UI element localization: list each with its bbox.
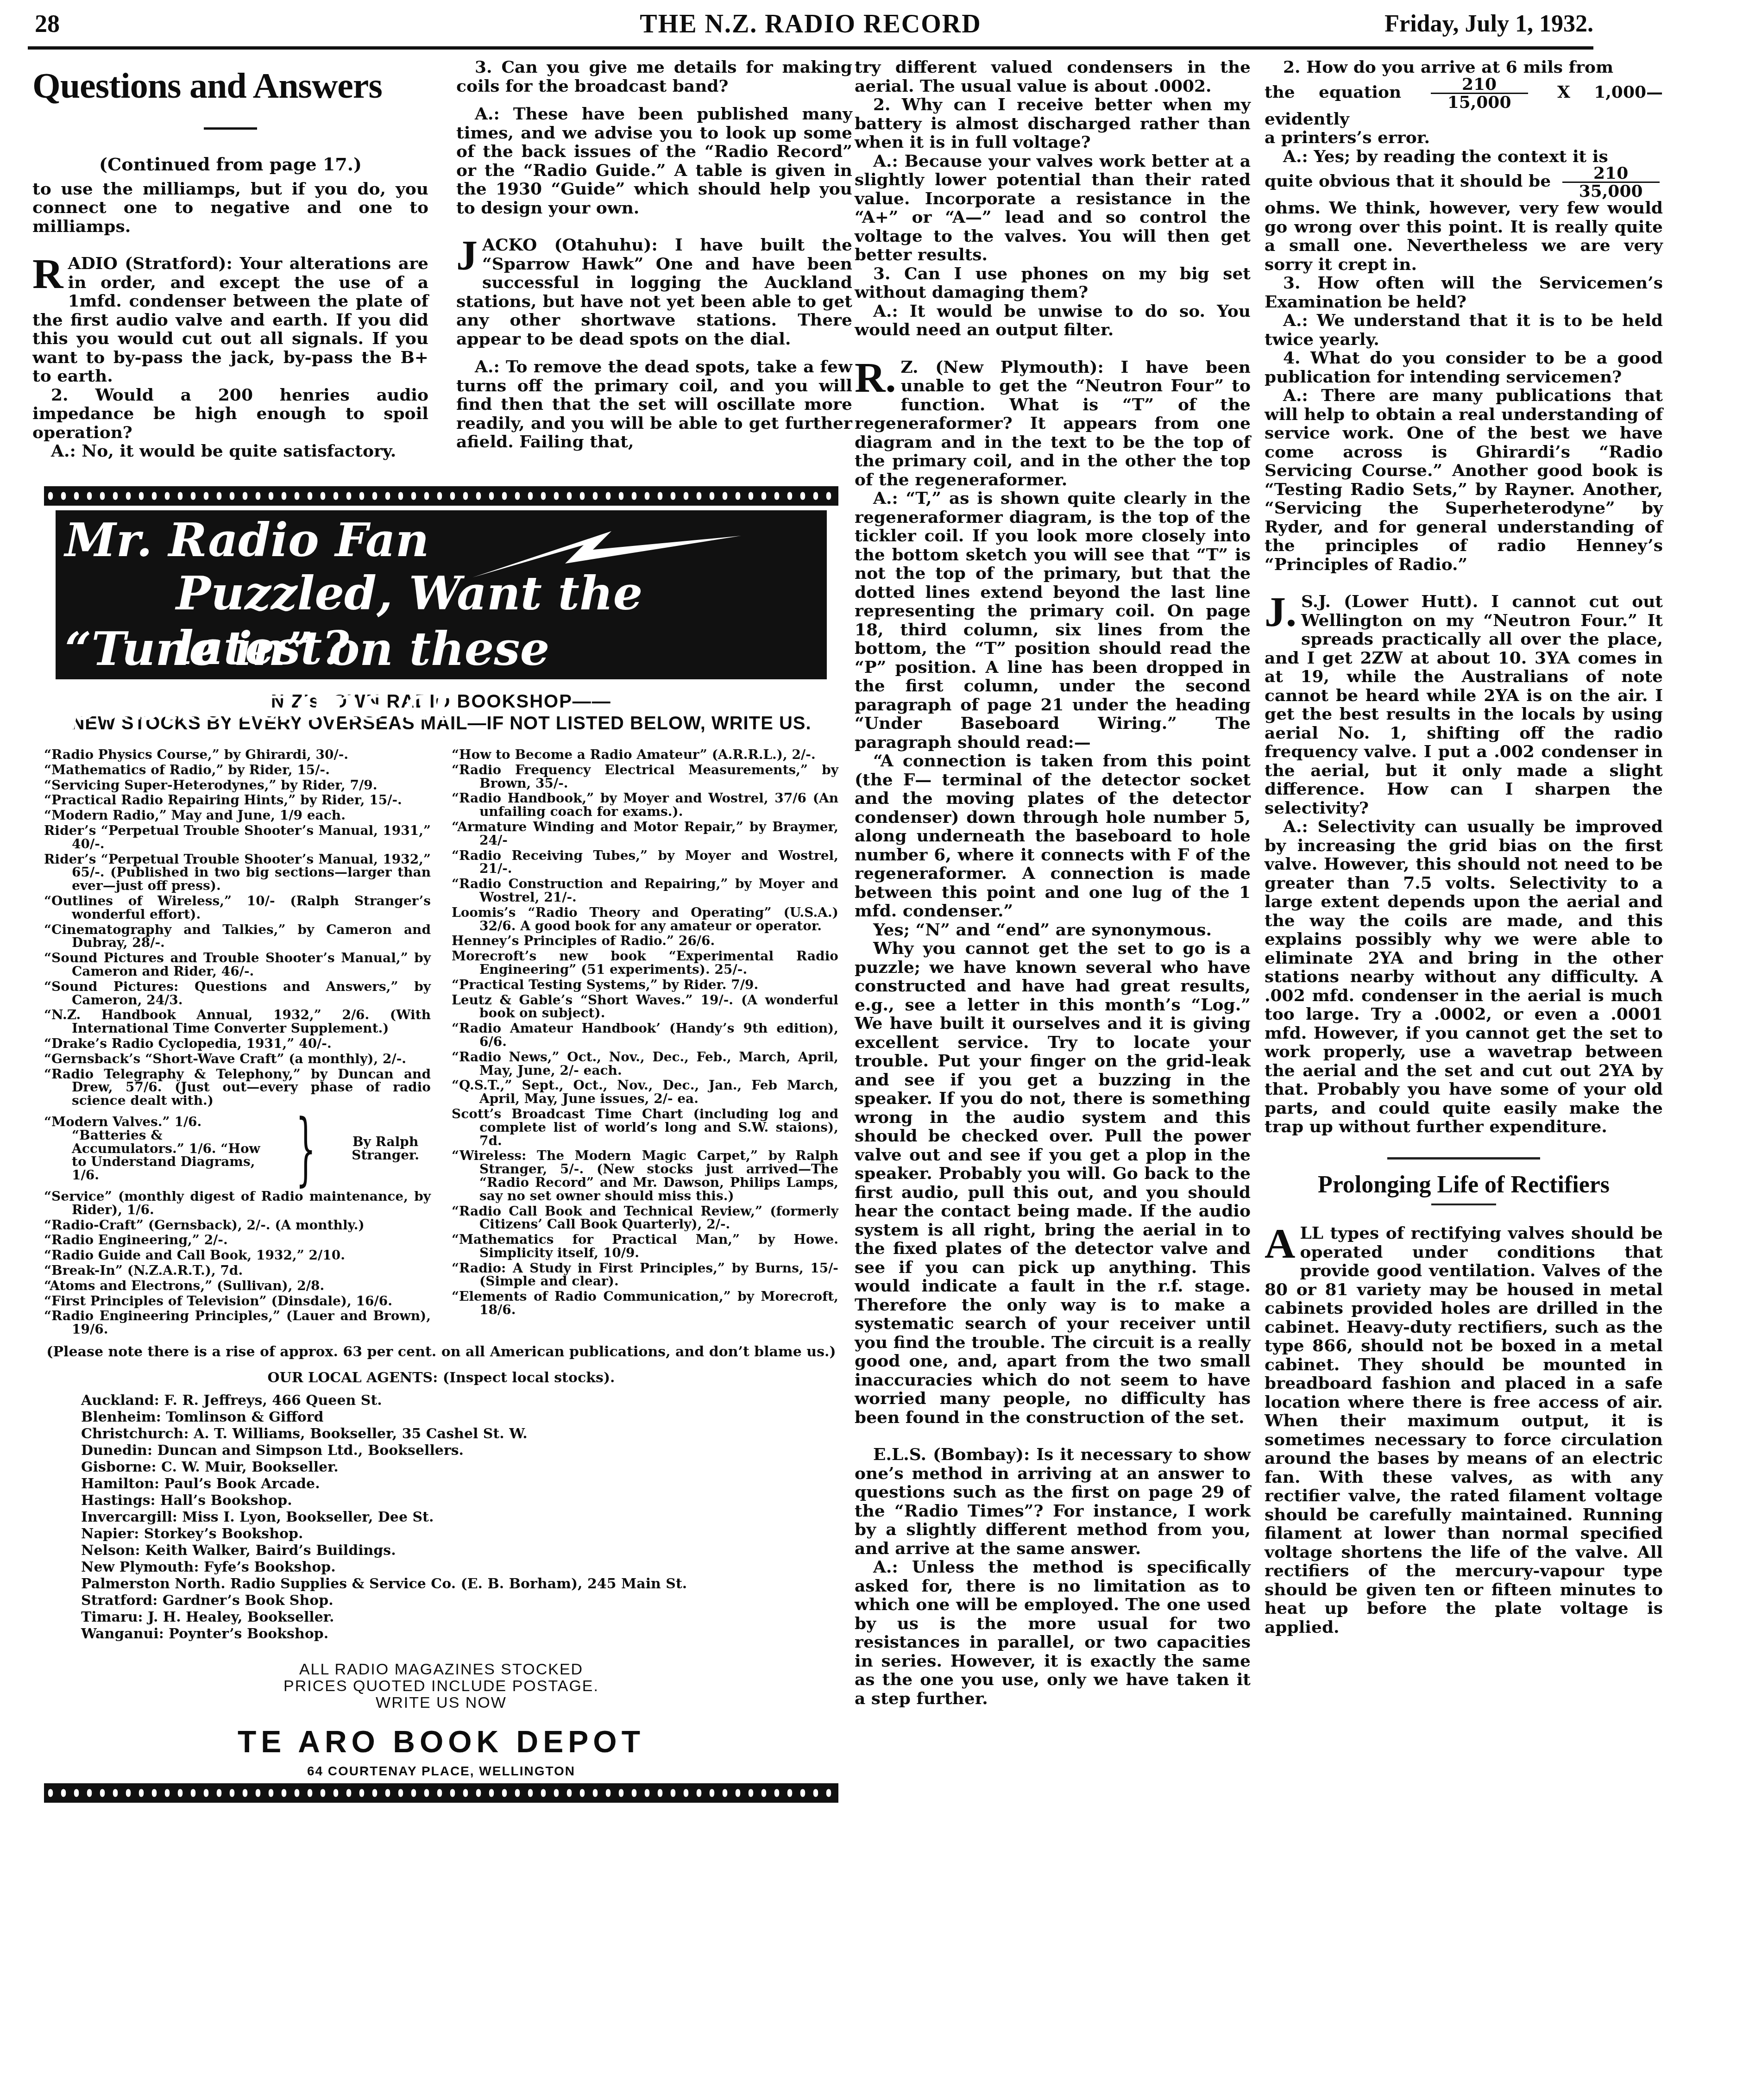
section-title: Prolonging Life of Rectifiers — [1265, 1176, 1663, 1195]
question-text: 3. Can you give me details for making co… — [456, 58, 852, 95]
book-item: “Cinematography and Talkies,” by Cameron… — [44, 923, 431, 950]
answer-text: Yes; “N” and “end” are synonymous. — [855, 921, 1251, 940]
fraction: 210 15,000 — [1431, 77, 1528, 110]
question-text: 2. How do you arrive at 6 mils from — [1265, 58, 1663, 77]
book-item: “Outlines of Wireless,” 10/- (Ralph Stra… — [44, 895, 431, 921]
question-text: 3. How often will the Servicemen’s Exami… — [1265, 274, 1663, 311]
book-item: “Radio Call Book and Technical Review,” … — [452, 1205, 838, 1232]
book-item: “Radio Handbook,” by Moyer and Wostrel, … — [452, 792, 838, 819]
book-item: “Wireless: The Modern Magic Carpet,” by … — [452, 1149, 838, 1203]
book-item: “Service” (monthly digest of Radio maint… — [44, 1190, 431, 1217]
answer-text: A.: No, it would be quite satisfactory. — [32, 442, 428, 461]
drop-cap: J. — [1265, 593, 1296, 630]
header-rule — [28, 46, 1593, 50]
book-item: “Radio Engineering Principles,” (Lauer a… — [44, 1310, 431, 1336]
book-author: By Ralph Stranger. — [340, 1135, 431, 1162]
decorative-border-bottom — [44, 1783, 838, 1803]
drop-cap: A — [1265, 1225, 1295, 1262]
book-item: “How to Become a Radio Amateur” (A.R.R.L… — [452, 748, 838, 762]
book-item: “Drake’s Radio Cyclopedia, 1931,” 40/-. — [44, 1037, 431, 1051]
question-radio-stratford: RADIO (Stratford): Your alterations are … — [32, 254, 428, 386]
book-item: “Break-In” (N.Z.A.R.T.), 7d. — [44, 1264, 431, 1278]
answer-text: A.: It would be unwise to do so. You wou… — [855, 302, 1251, 339]
quoted-paragraph: “A connection is taken from this point (… — [855, 752, 1251, 921]
page-header: 28 THE N.Z. RADIO RECORD Friday, July 1,… — [28, 9, 1593, 44]
book-item: “Gernsback’s “Short-Wave Craft” (a month… — [44, 1053, 431, 1066]
agent-item: New Plymouth: Fyfe’s Bookshop. — [81, 1559, 838, 1576]
book-item: Henney’s Principles of Radio.” 26/6. — [452, 934, 838, 948]
answer-text: try different valued condensers in the a… — [855, 58, 1251, 95]
book-item: Loomis’s “Radio Theory and Operating” (U… — [452, 906, 838, 933]
question-jacko: JACKO (Otahuhu): I have built the “Sparr… — [456, 236, 852, 348]
section-title-rule — [1431, 1204, 1496, 1205]
fraction: 210 35,000 — [1562, 166, 1660, 199]
ad-banner: Mr. Radio Fan Puzzled, Want the latest? … — [56, 510, 827, 679]
agent-item: Blenheim: Tomlinson & Gifford — [81, 1409, 838, 1426]
banner-line-1: Mr. Radio Fan — [65, 513, 429, 567]
drop-cap: R — [32, 255, 63, 292]
price-note: (Please note there is a rise of approx. … — [44, 1345, 838, 1360]
answer-text: A.: Unless the method is specifically as… — [855, 1558, 1251, 1708]
book-item: “Mathematics of Radio,” by Rider, 15/-. — [44, 764, 431, 777]
book-item: “Modern Valves.” 1/6. “Batteries & Accum… — [44, 1116, 267, 1182]
book-item: “Q.S.T.,” Sept., Oct., Nov., Dec., Jan.,… — [452, 1079, 838, 1106]
book-item: “Modern Radio,” May and June, 1/9 each. — [44, 809, 431, 822]
answer-text: A.: To remove the dead spots, take a few… — [456, 357, 852, 451]
agent-item: Christchurch: A. T. Williams, Bookseller… — [81, 1426, 838, 1442]
book-item: “Radio: A Study in First Principles,” by… — [452, 1262, 838, 1289]
answer-text: Why you cannot get the set to go is a pu… — [855, 939, 1251, 1427]
agent-item: Invercargill: Miss I. Lyon, Bookseller, … — [81, 1509, 838, 1526]
book-item: “Radio Amateur Handbook’ (Handy’s 9th ed… — [452, 1022, 838, 1049]
agent-item: Stratford: Gardner’s Book Shop. — [81, 1592, 838, 1609]
question-els-bombay: E.L.S. (Bombay): Is it necessary to show… — [855, 1445, 1251, 1558]
question-jsj-lower-hutt: J.S.J. (Lower Hutt). I cannot cut out We… — [1265, 592, 1663, 817]
agent-item: Wanganui: Poynter’s Bookshop. — [81, 1626, 838, 1642]
agent-item: Dunedin: Duncan and Simpson Ltd., Bookse… — [81, 1442, 838, 1459]
title-rule — [204, 127, 257, 130]
continued-note: (Continued from page 17.) — [32, 155, 428, 174]
question-text: 3. Can I use phones on my big set withou… — [855, 264, 1251, 302]
book-item: “Elements of Radio Communication,” by Mo… — [452, 1290, 838, 1317]
ad-footer: ALL RADIO MAGAZINES STOCKED PRICES QUOTE… — [44, 1661, 838, 1711]
agent-item: Palmerston North. Radio Supplies & Servi… — [81, 1576, 838, 1592]
book-item: “Servicing Super-Heterodynes,” by Rider,… — [44, 779, 431, 792]
rectifiers-article: ALL types of rectifying valves should be… — [1265, 1224, 1663, 1636]
equation-line: quite obvious that it should be 210 35,0… — [1265, 166, 1663, 199]
agent-item: Gisborne: C. W. Muir, Bookseller. — [81, 1459, 838, 1476]
answer-text: A.: Yes; by reading the context it is — [1265, 147, 1663, 166]
book-item: “N.Z. Handbook Annual, 1932,” 2/6. (With… — [44, 1009, 431, 1035]
decorative-border-top — [44, 486, 838, 506]
answer-text: ohms. We think, however, very few would … — [1265, 199, 1663, 274]
book-item: “First Principles of Television” (Dinsda… — [44, 1295, 431, 1308]
drop-cap: R. — [855, 359, 896, 396]
question-text: a printers’s error. — [1265, 128, 1663, 147]
answer-text: A.: There are many publications that wil… — [1265, 386, 1663, 574]
depot-address: 64 COURTENAY PLACE, WELLINGTON — [44, 1764, 838, 1779]
column-3: try different valued condensers in the a… — [855, 58, 1251, 1708]
book-item: “Radio-Craft” (Gernsback), 2/-. (A month… — [44, 1219, 431, 1232]
agent-item: Hastings: Hall’s Bookshop. — [81, 1492, 838, 1509]
answer-text: A.: Selectivity can usually be improved … — [1265, 817, 1663, 1136]
agent-item: Nelson: Keith Walker, Baird’s Buildings. — [81, 1542, 838, 1559]
book-item: “Sound Pictures: Questions and Answers,”… — [44, 980, 431, 1007]
question-text: 2. Why can I receive better when my batt… — [855, 95, 1251, 152]
brace-icon: } — [296, 1110, 315, 1188]
question-text: 4. What do you consider to be a good pub… — [1265, 349, 1663, 386]
answer-text: A.: These have been published many times… — [456, 105, 852, 217]
banner-line-3: “Tune in” on these publications at — [65, 621, 827, 731]
book-item: “Practical Testing Systems,” by Rider. 7… — [452, 978, 838, 992]
equation-line: the equation 210 15,000 X 1,000—evidentl… — [1265, 77, 1663, 129]
book-list-right: “How to Become a Radio Amateur” (A.R.R.L… — [452, 748, 838, 1338]
book-item: “Radio Receiving Tubes,” by Moyer and Wo… — [452, 849, 838, 876]
answer-text: A.: Because your valves work better at a… — [855, 152, 1251, 264]
drop-cap: J — [456, 237, 478, 274]
bookshop-advertisement: Mr. Radio Fan Puzzled, Want the latest? … — [44, 486, 838, 1973]
ralph-stranger-group: “Modern Valves.” 1/6. “Batteries & Accum… — [44, 1110, 431, 1188]
book-list: “Radio Physics Course,” by Ghirardi, 30/… — [44, 748, 838, 1338]
column-1: Questions and Answers (Continued from pa… — [32, 58, 428, 461]
agent-item: Hamilton: Paul’s Book Arcade. — [81, 1476, 838, 1492]
agent-item: Napier: Storkey’s Bookshop. — [81, 1526, 838, 1542]
book-list-left: “Radio Physics Course,” by Ghirardi, 30/… — [44, 748, 431, 1338]
agent-item: Timaru: J. H. Healey, Bookseller. — [81, 1609, 838, 1626]
answer-text: A.: “T,” as is shown quite clearly in th… — [855, 489, 1251, 752]
answer-text: to use the milliamps, but if you do, you… — [32, 180, 428, 236]
book-item: “Radio Frequency Electrical Measurements… — [452, 764, 838, 790]
publication-title: THE N.Z. RADIO RECORD — [28, 9, 1593, 39]
book-item: Rider’s “Perpetual Trouble Shooter’s Man… — [44, 824, 431, 851]
column-2: 3. Can you give me details for making co… — [456, 58, 852, 451]
book-item: “Radio Construction and Repairing,” by M… — [452, 878, 838, 904]
book-item: “Practical Radio Repairing Hints,” by Ri… — [44, 794, 431, 807]
book-item: “Sound Pictures and Trouble Shooter’s Ma… — [44, 952, 431, 978]
book-item: “Armature Winding and Motor Repair,” by … — [452, 821, 838, 847]
agent-item: Auckland: F. R. Jeffreys, 466 Queen St. — [81, 1392, 838, 1409]
book-item: “Radio Physics Course,” by Ghirardi, 30/… — [44, 748, 431, 762]
book-item: “Atoms and Electrons,” (Sullivan), 2/8. — [44, 1279, 431, 1293]
book-item: Morecroft’s new book “Experimental Radio… — [452, 950, 838, 977]
book-item: “Radio News,” Oct., Nov., Dec., Feb., Ma… — [452, 1051, 838, 1078]
answer-text: A.: We understand that it is to be held … — [1265, 311, 1663, 349]
book-item: “Radio Engineering,” 2/-. — [44, 1234, 431, 1247]
page-title: Questions and Answers — [32, 65, 428, 107]
publication-date: Friday, July 1, 1932. — [1384, 10, 1593, 38]
book-item: Rider’s “Perpetual Trouble Shooter’s Man… — [44, 853, 431, 893]
section-divider — [1387, 1157, 1540, 1160]
agents-list: Auckland: F. R. Jeffreys, 466 Queen St. … — [81, 1392, 838, 1642]
book-item: Scott’s Broadcast Time Chart (including … — [452, 1108, 838, 1147]
question-rz-new-plymouth: R.Z. (New Plymouth): I have been unable … — [855, 358, 1251, 489]
book-item: Leutz & Gable’s “Short Waves.” 19/-. (A … — [452, 994, 838, 1021]
question-text: 2. Would a 200 henries audio impedance b… — [32, 386, 428, 442]
book-item: “Mathematics for Practical Man,” by Howe… — [452, 1233, 838, 1260]
column-4: 2. How do you arrive at 6 mils from the … — [1265, 58, 1663, 1636]
book-item: “Radio Telegraphy & Telephony,” by Dunca… — [44, 1068, 431, 1108]
depot-name: TE ARO BOOK DEPOT — [44, 1724, 838, 1759]
book-item: “Radio Guide and Call Book, 1932,” 2/10. — [44, 1249, 431, 1262]
agents-title: OUR LOCAL AGENTS: (Inspect local stocks)… — [44, 1370, 838, 1386]
